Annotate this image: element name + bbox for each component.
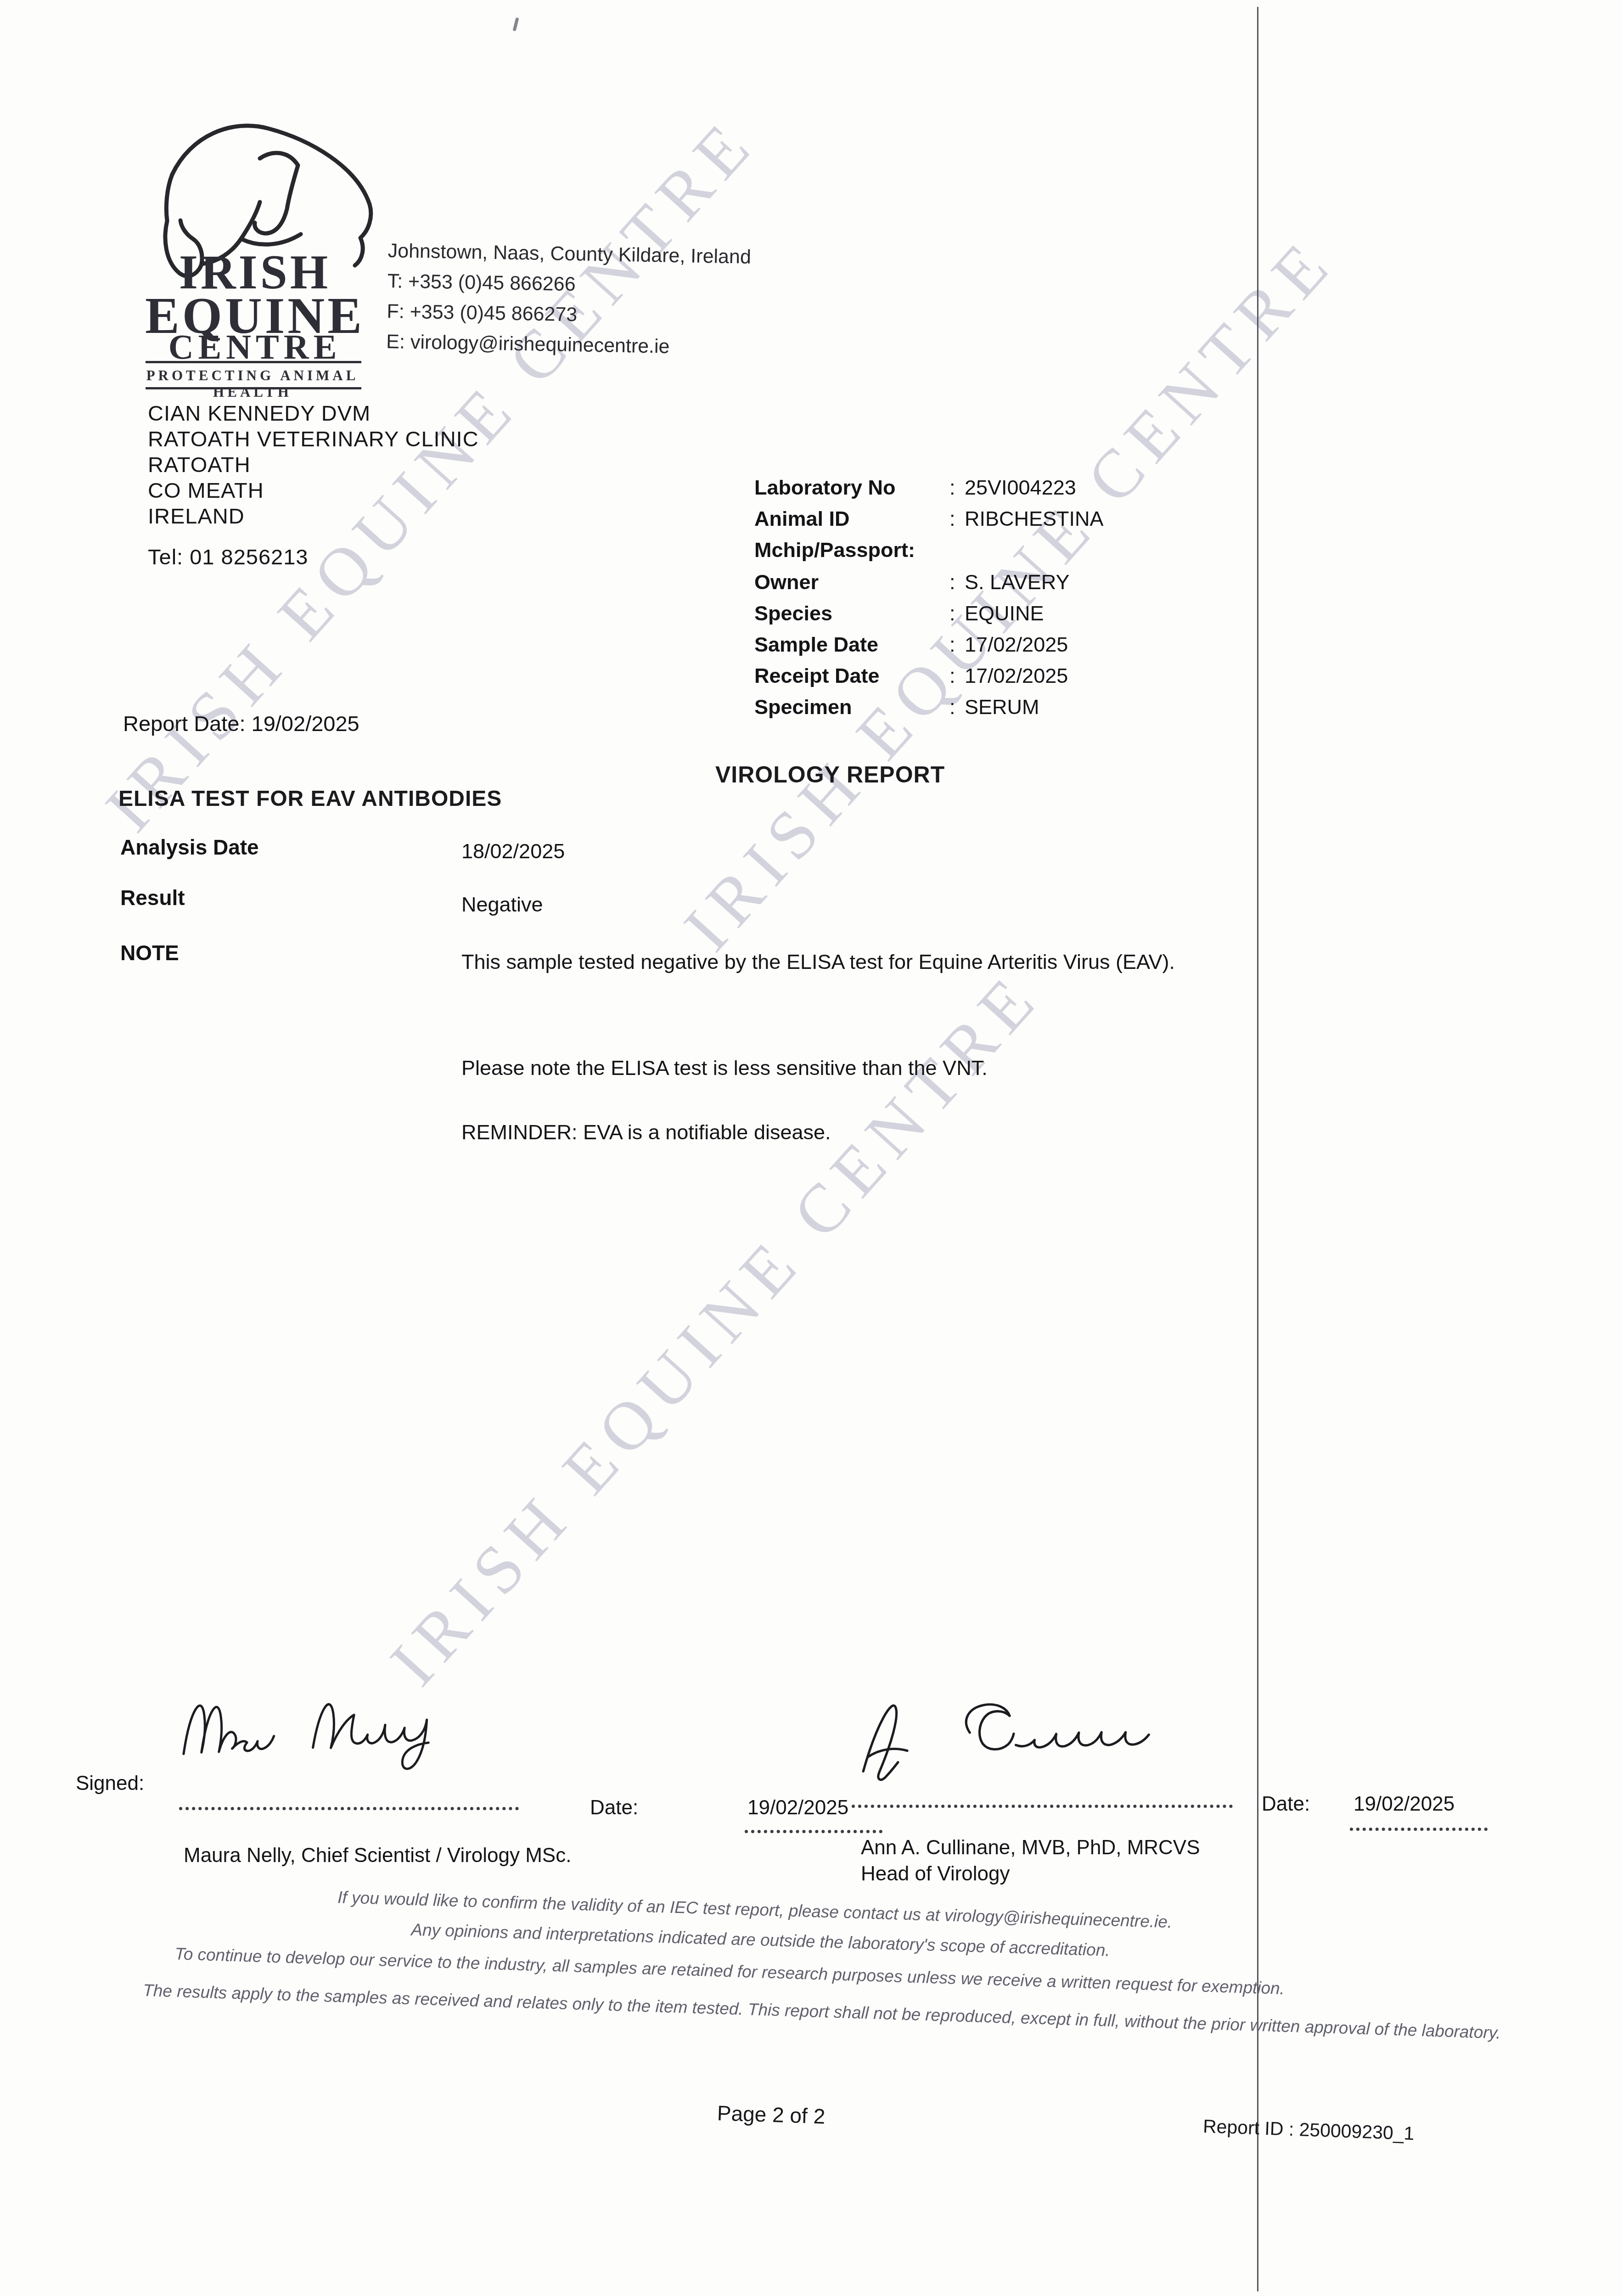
report-title: VIROLOGY REPORT <box>715 761 945 788</box>
analysis-date-label: Analysis Date <box>120 835 259 860</box>
analysis-date-value: 18/02/2025 <box>461 839 565 863</box>
recipient-tel: Tel: 01 8256213 <box>148 544 309 570</box>
note-label: NOTE <box>120 940 179 965</box>
date-label-left: Date: <box>590 1795 638 1821</box>
detail-row-receipt-date: Receipt Date : 17/02/2025 <box>754 664 1443 692</box>
scan-speck <box>512 17 519 32</box>
logo-word-centre: CENTRE <box>135 330 374 365</box>
signature-maura-nelly <box>173 1666 498 1787</box>
note-text-3: REMINDER: EVA is a notifiable disease. <box>461 1120 1334 1144</box>
recipient-town: RATOATH <box>148 452 479 478</box>
detail-row-sample-date: Sample Date : 17/02/2025 <box>754 633 1443 660</box>
detail-row-animal-id: Animal ID : RIBCHESTINA <box>754 507 1443 535</box>
signatory-left-name-title: Maura Nelly, Chief Scientist / Virology … <box>184 1842 601 1868</box>
page-number: Page 2 of 2 <box>717 2100 826 2128</box>
scanned-report-page: IRISH EQUINE CENTRE IRISH EQUINE CENTRE … <box>0 0 1623 2296</box>
date-line-right <box>1350 1828 1488 1831</box>
logo-rule-bottom <box>146 387 361 389</box>
result-value: Negative <box>461 893 543 917</box>
recipient-clinic: RATOATH VETERINARY CLINIC <box>148 426 479 452</box>
signature-ann-cullinane <box>848 1673 1181 1794</box>
detail-row-mchip-passport: Mchip/Passport: <box>754 538 1443 566</box>
signature-line-right <box>852 1805 1233 1808</box>
signature-line-left <box>179 1807 519 1810</box>
signatory-right-name: Ann A. Cullinane, MVB, PhD, MRCVS <box>861 1835 1200 1861</box>
date-value-right: 19/02/2025 <box>1353 1791 1455 1817</box>
horse-ear-path <box>255 153 298 233</box>
signed-label: Signed: <box>76 1770 144 1796</box>
contact-block: Johnstown, Naas, County Kildare, Ireland… <box>386 236 752 363</box>
recipient-country: IRELAND <box>148 503 479 529</box>
recipient-name: CIAN KENNEDY DVM <box>148 400 479 426</box>
disclaimer-results: The results apply to the samples as rece… <box>119 1976 1524 2047</box>
scan-fold-line <box>1257 7 1258 2291</box>
result-label: Result <box>120 885 185 910</box>
test-heading: ELISA TEST FOR EAV ANTIBODIES <box>118 786 502 811</box>
detail-row-owner: Owner : S. LAVERY <box>754 570 1443 598</box>
recipient-county: CO MEATH <box>148 478 479 503</box>
note-text-1: This sample tested negative by the ELISA… <box>461 945 1233 979</box>
horse-chest-path <box>241 234 301 244</box>
logo-rule-top <box>146 361 361 363</box>
detail-row-specimen: Specimen : SERUM <box>754 695 1443 723</box>
detail-row-species: Species : EQUINE <box>754 602 1443 629</box>
detail-row-laboratory-no: Laboratory No : 25VI004223 <box>754 476 1443 503</box>
report-date: Report Date: 19/02/2025 <box>123 711 359 736</box>
report-id: Report ID : 250009230_1 <box>1202 2116 1415 2144</box>
logo-tagline: PROTECTING ANIMAL HEALTH <box>138 367 367 400</box>
contact-email: E: virology@irishequinecentre.ie <box>386 326 750 363</box>
date-label-right: Date: <box>1262 1791 1310 1817</box>
signatory-right-title: Head of Virology <box>861 1861 1010 1887</box>
date-line-left <box>745 1830 882 1833</box>
recipient-block: CIAN KENNEDY DVM RATOATH VETERINARY CLIN… <box>148 400 479 529</box>
note-text-2: Please note the ELISA test is less sensi… <box>461 1056 1334 1080</box>
lab-details-block: Laboratory No : 25VI004223 Animal ID : R… <box>754 476 1259 733</box>
date-value-left: 19/02/2025 <box>747 1795 848 1821</box>
